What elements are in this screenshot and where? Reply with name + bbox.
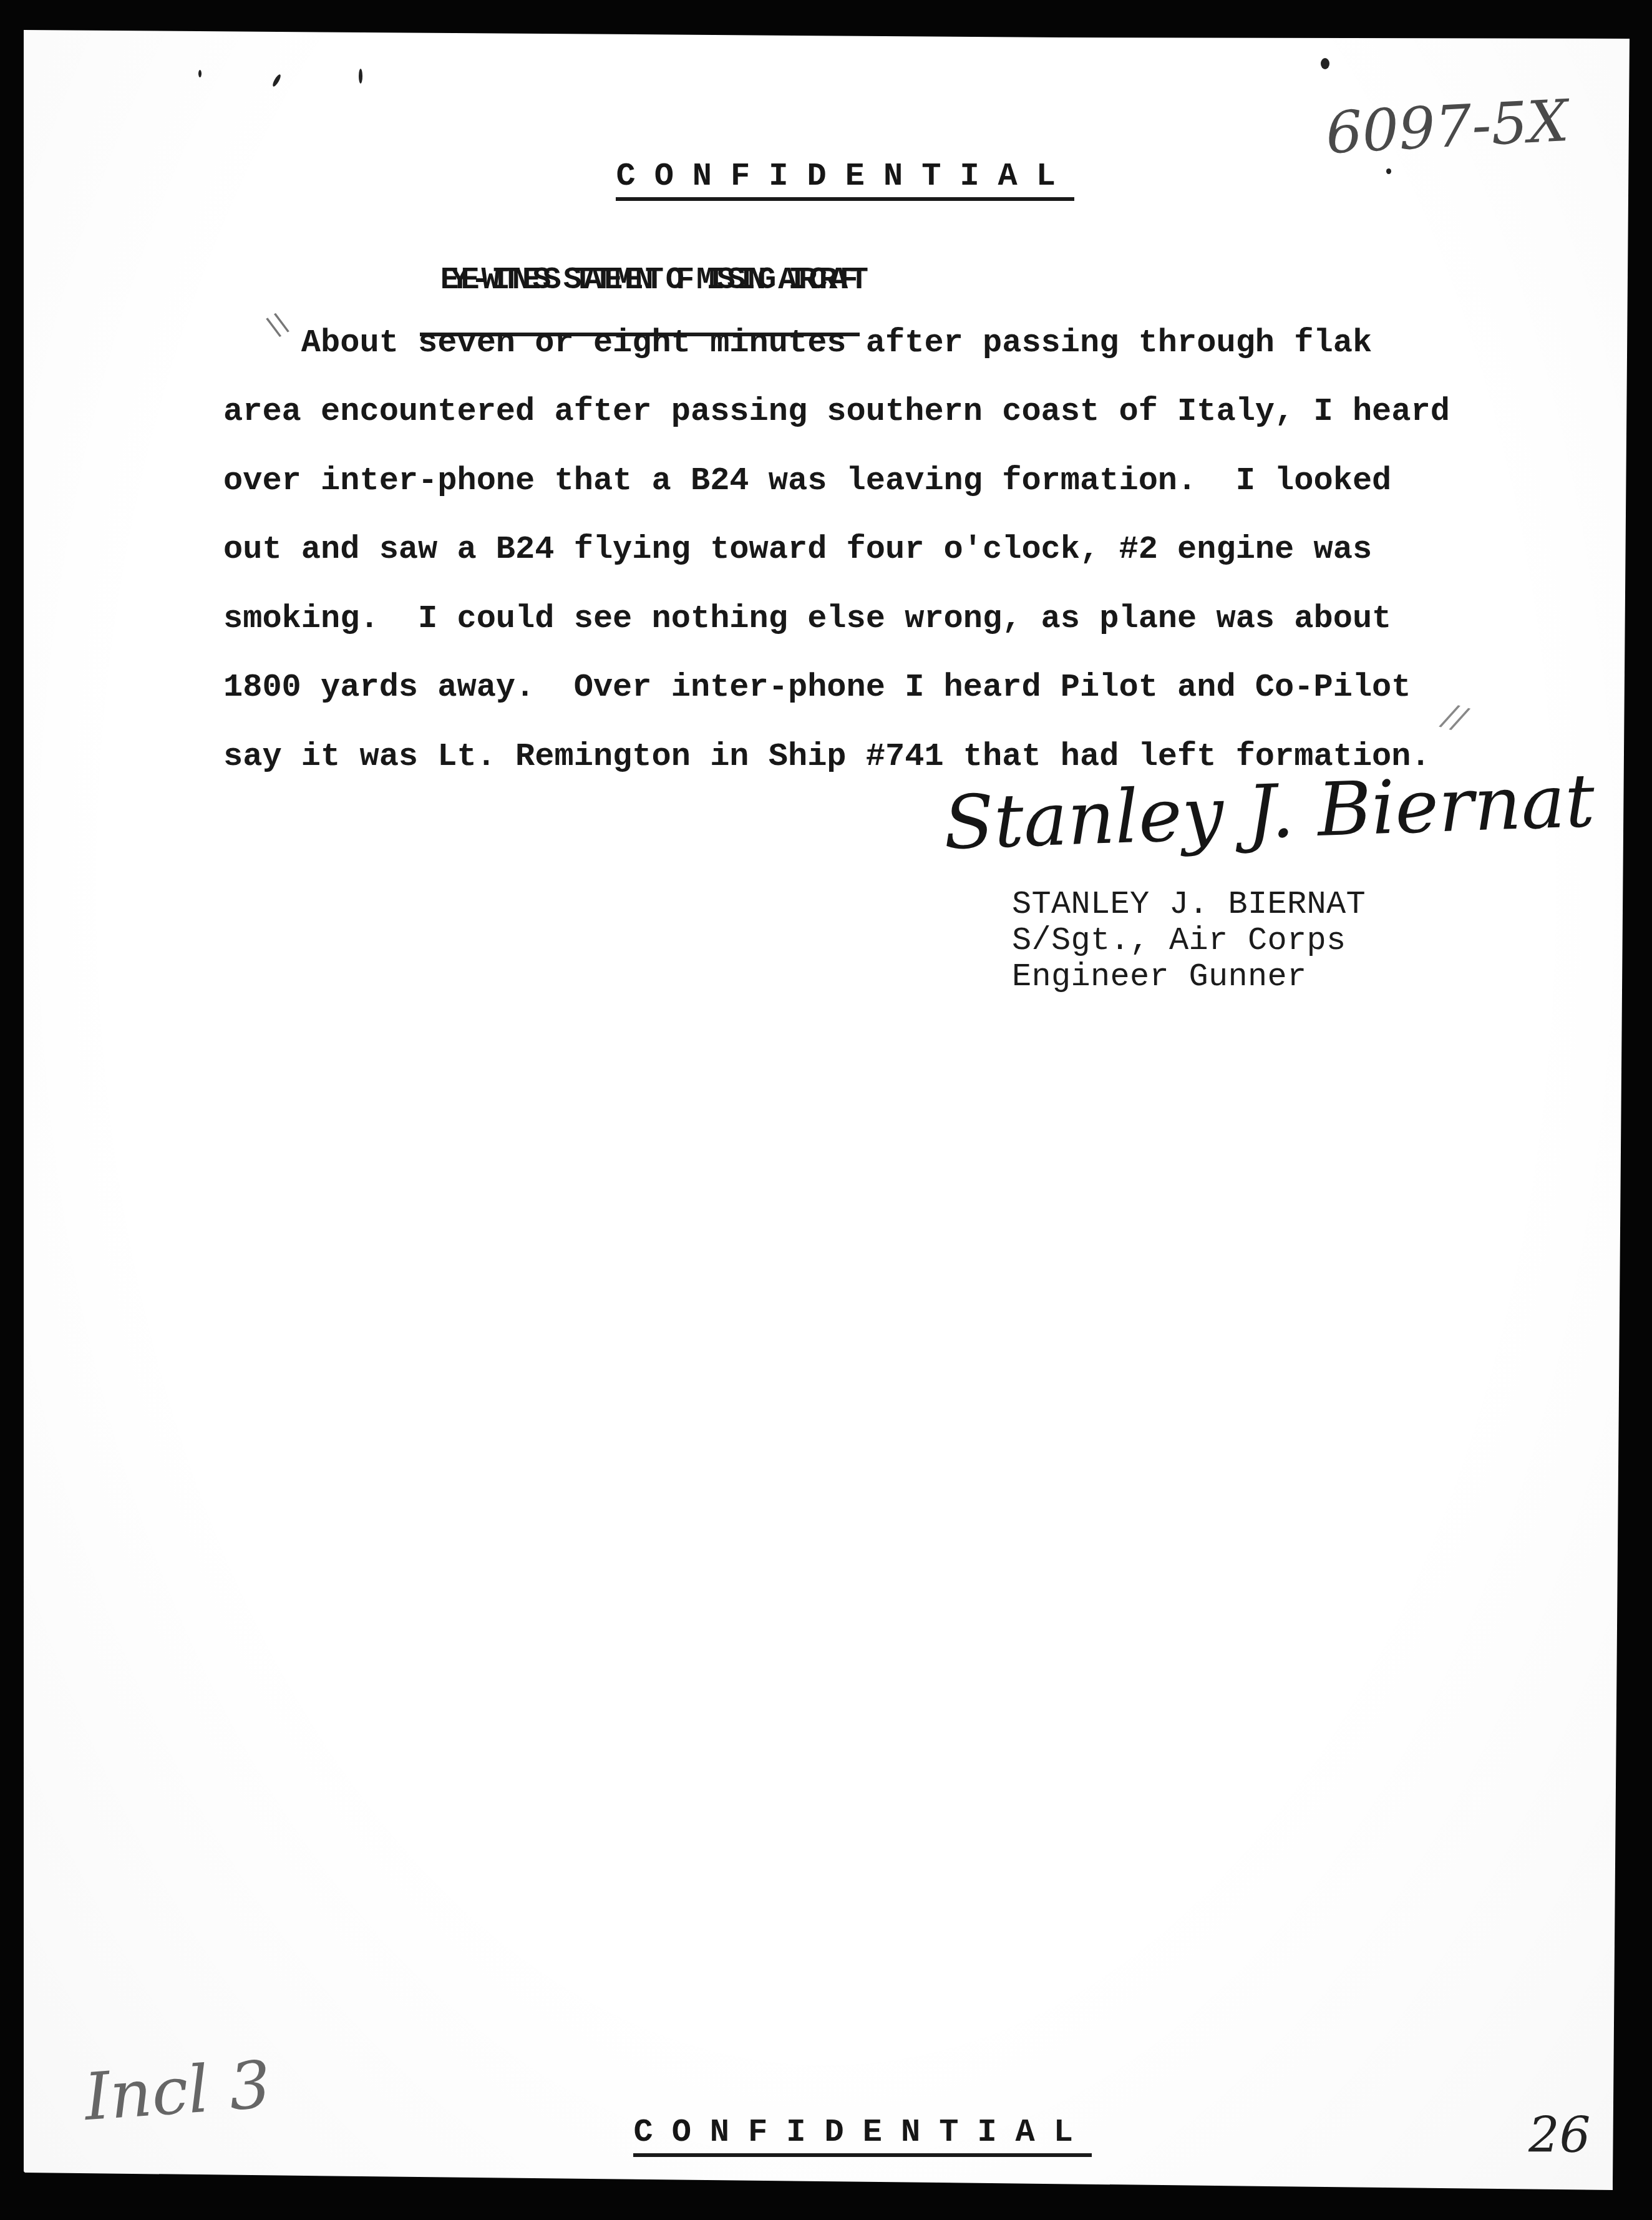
classification-letter: I	[769, 158, 807, 201]
classification-letter: F	[731, 158, 769, 201]
classification-letter: E	[863, 2114, 901, 2157]
classification-letter: D	[807, 158, 845, 201]
scan-speck	[359, 69, 362, 84]
classification-letter: I	[786, 2114, 824, 2157]
scan-speck	[1321, 58, 1329, 69]
classification-letter: T	[939, 2114, 977, 2157]
classification-letter: E	[845, 158, 883, 201]
signature-role: Engineer Gunner	[1012, 958, 1307, 995]
classification-letter: N	[692, 158, 731, 201]
classification-letter: C	[616, 158, 654, 201]
body-line: area encountered after passing southern …	[223, 396, 1450, 428]
classification-footer: CONFIDENTIAL	[557, 2084, 1092, 2149]
classification-letter: N	[883, 158, 921, 201]
body-line: About seven or eight minutes after passi…	[223, 327, 1372, 359]
document-title-text: EYE-WITNESS STATEMENT OF MISSING AIRCRAF…	[440, 263, 860, 298]
scan-speck	[198, 70, 202, 77]
handwritten-reference-number: 6097-5X	[1324, 87, 1570, 167]
classification-letter: A	[1016, 2114, 1054, 2157]
classification-letter: O	[672, 2114, 710, 2157]
classification-letter: L	[1036, 158, 1074, 201]
signature-rank: S/Sgt., Air Corps	[1012, 922, 1346, 959]
classification-letter: I	[977, 2114, 1015, 2157]
classification-letter: N	[901, 2114, 939, 2157]
classification-letter: N	[710, 2114, 748, 2157]
enclosure-note: Incl 3	[82, 2047, 273, 2136]
document-title: EYE-WITNESS STATEMENT OF MISSING AIRCRAF…	[420, 234, 860, 328]
signature-name: STANLEY J. BIERNAT	[1012, 886, 1366, 923]
body-line: over inter-phone that a B24 was leaving …	[223, 465, 1391, 497]
classification-letter: D	[825, 2114, 863, 2157]
classification-letter: T	[921, 158, 960, 201]
scan-speck	[1386, 168, 1391, 174]
classification-letter: I	[960, 158, 998, 201]
body-line: say it was Lt. Remington in Ship #741 th…	[223, 741, 1431, 773]
classification-letter: L	[1054, 2114, 1092, 2157]
classification-header-text: CONFIDENTIAL	[616, 158, 1074, 201]
body-line: smoking. I could see nothing else wrong,…	[223, 603, 1391, 635]
classification-letter: O	[654, 158, 692, 201]
classification-footer-text: CONFIDENTIAL	[633, 2114, 1092, 2157]
classification-letter: F	[748, 2114, 786, 2157]
page-number: 26	[1528, 2108, 1590, 2164]
classification-letter: C	[633, 2114, 671, 2157]
classification-letter: A	[998, 158, 1036, 201]
body-line: 1800 yards away. Over inter-phone I hear…	[223, 671, 1411, 704]
body-line: out and saw a B24 flying toward four o'c…	[223, 533, 1372, 566]
classification-header: CONFIDENTIAL	[540, 128, 1074, 193]
